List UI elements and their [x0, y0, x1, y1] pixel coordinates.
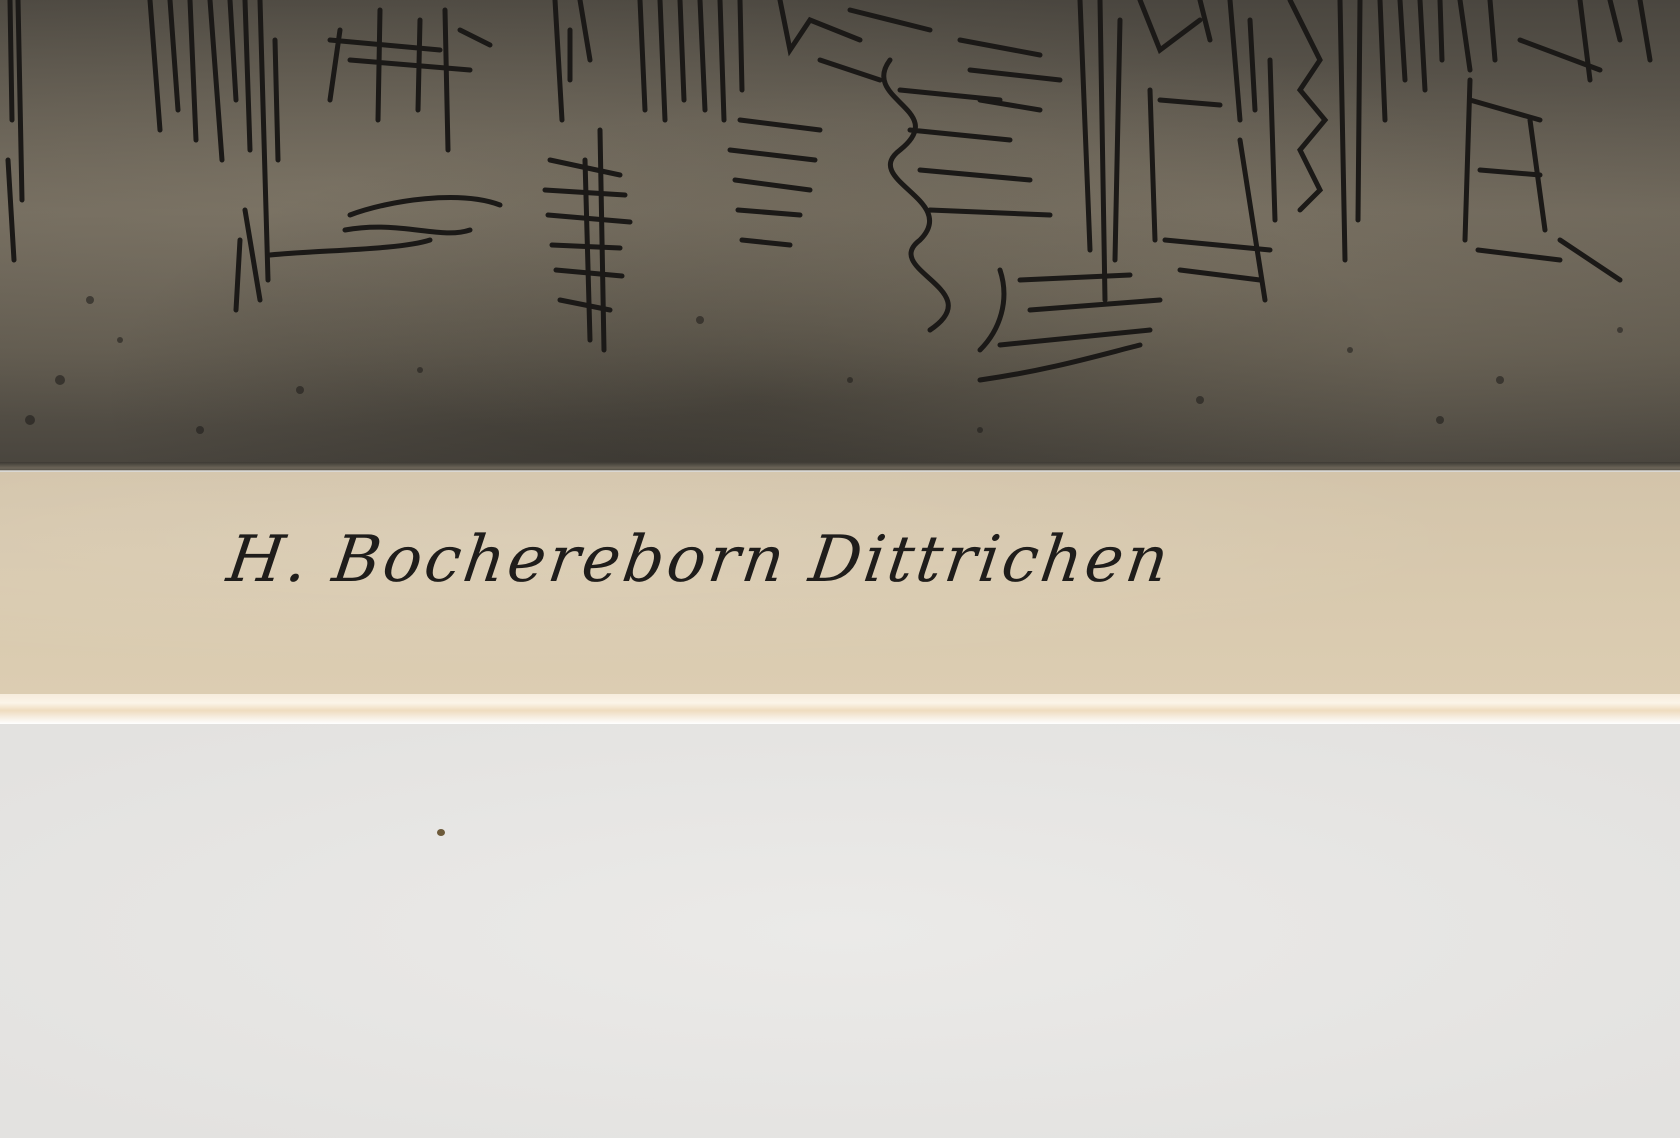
etching-plate-area [0, 0, 1680, 470]
artist-signature: H. Bochereborn Dittrichen [220, 500, 1437, 620]
mat-bevel-edge [0, 694, 1680, 724]
dust-speck [437, 829, 445, 836]
plate-mark-edge [0, 462, 1680, 472]
etched-lines [0, 0, 1680, 470]
mat-board [0, 724, 1680, 1138]
